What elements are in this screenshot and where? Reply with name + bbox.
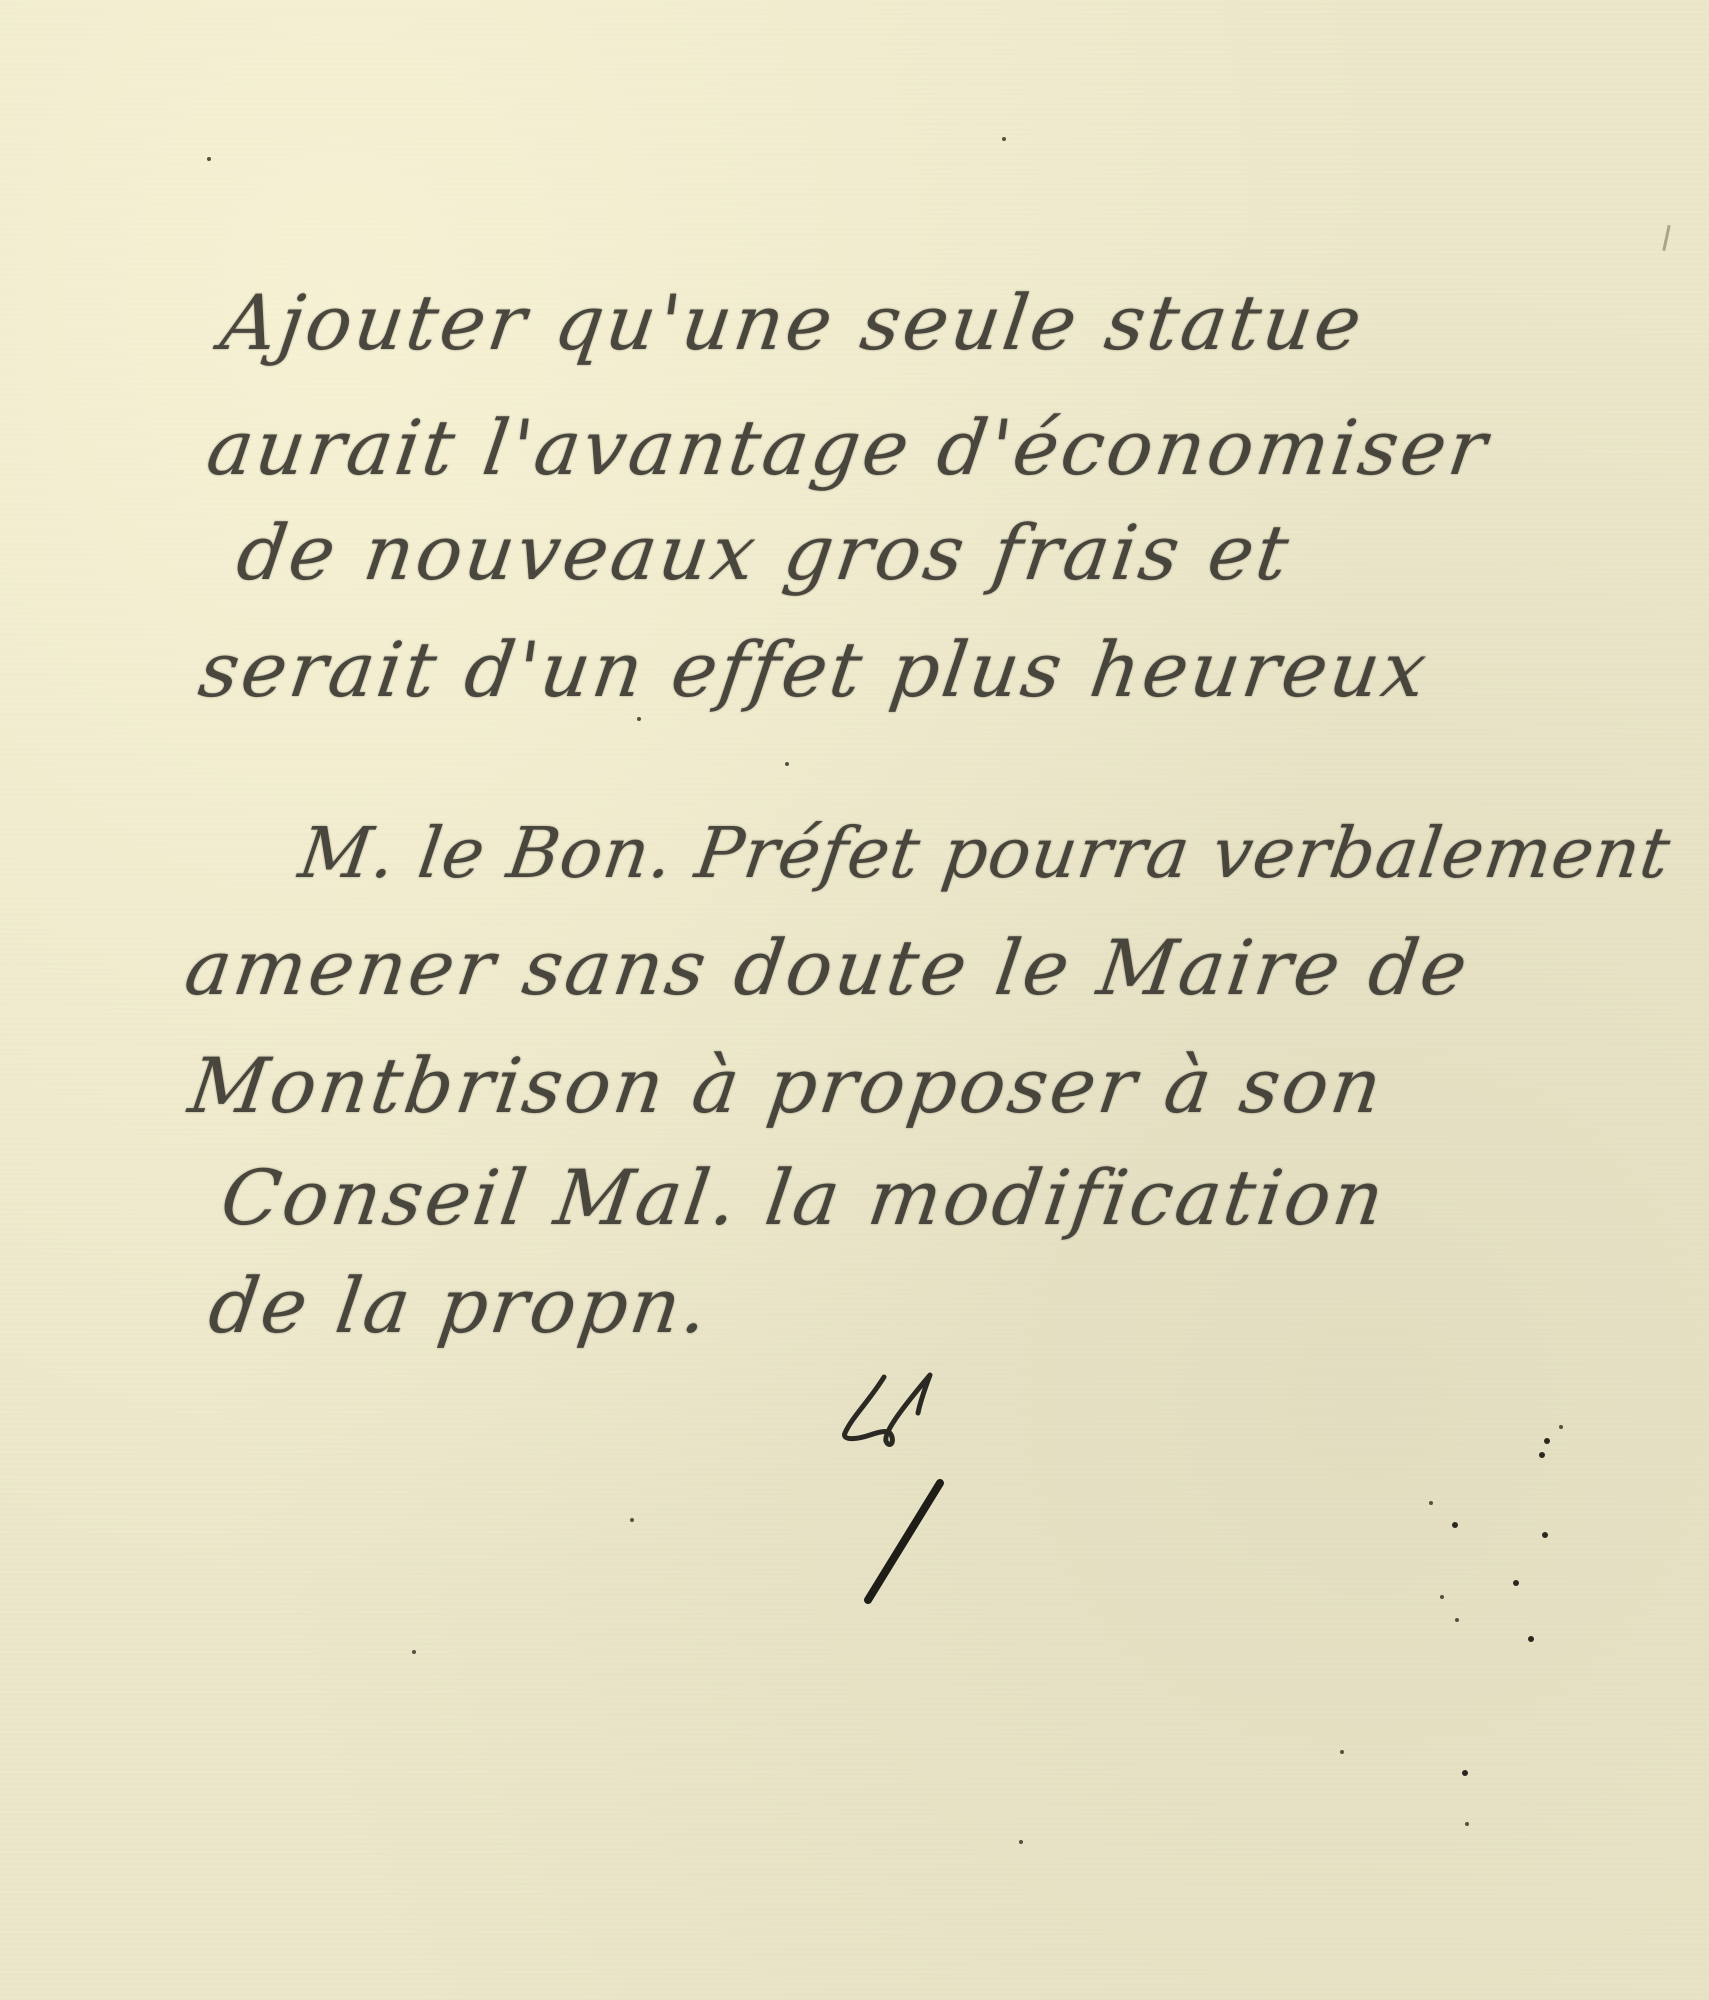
manuscript-page: Ajouter qu'une seule statue aurait l'ava… bbox=[0, 0, 1709, 2000]
paper-speck bbox=[1429, 1501, 1433, 1505]
paper-speck bbox=[1539, 1452, 1545, 1458]
paragraph-1-line-3: de nouveaux gros frais et bbox=[233, 515, 1296, 591]
paper-speck bbox=[1513, 1580, 1519, 1586]
paragraph-1-line-2: aurait l'avantage d'économiser bbox=[203, 410, 1494, 486]
signature-initials-icon bbox=[840, 1355, 960, 1755]
paper-speck bbox=[1528, 1636, 1534, 1642]
paper-speck bbox=[1002, 137, 1006, 141]
paper-speck bbox=[630, 1518, 634, 1522]
paragraph-1-line-4: serait d'un effet plus heureux bbox=[195, 632, 1434, 708]
paper-speck bbox=[207, 157, 211, 161]
paragraph-1-line-1: Ajouter qu'une seule statue bbox=[217, 285, 1369, 361]
paper-speck bbox=[412, 1650, 416, 1654]
paragraph-2-line-4: Conseil Mal. la modification bbox=[217, 1160, 1391, 1236]
paper-speck bbox=[1440, 1595, 1444, 1599]
paper-speck bbox=[1559, 1425, 1563, 1429]
paper-speck bbox=[1455, 1618, 1459, 1622]
paper-speck bbox=[1340, 1750, 1344, 1754]
paragraph-2-line-1: M. le Bon. Préfet pourra verbalement bbox=[295, 818, 1675, 888]
paragraph-2-line-3: Montbrison à proposer à son bbox=[185, 1048, 1389, 1124]
paper-speck bbox=[785, 762, 789, 766]
paper-speck bbox=[1462, 1770, 1468, 1776]
paper-speck bbox=[1452, 1522, 1458, 1528]
paragraph-2-line-2: amener sans doute le Maire de bbox=[181, 930, 1475, 1006]
paper-mark bbox=[1662, 225, 1670, 251]
paper-speck bbox=[1542, 1532, 1548, 1538]
paper-speck bbox=[637, 717, 641, 721]
paper-speck bbox=[1465, 1822, 1469, 1826]
paper-speck bbox=[1019, 1840, 1023, 1844]
paragraph-2-line-5: de la propn. bbox=[205, 1268, 716, 1344]
paper-speck bbox=[1544, 1438, 1550, 1444]
